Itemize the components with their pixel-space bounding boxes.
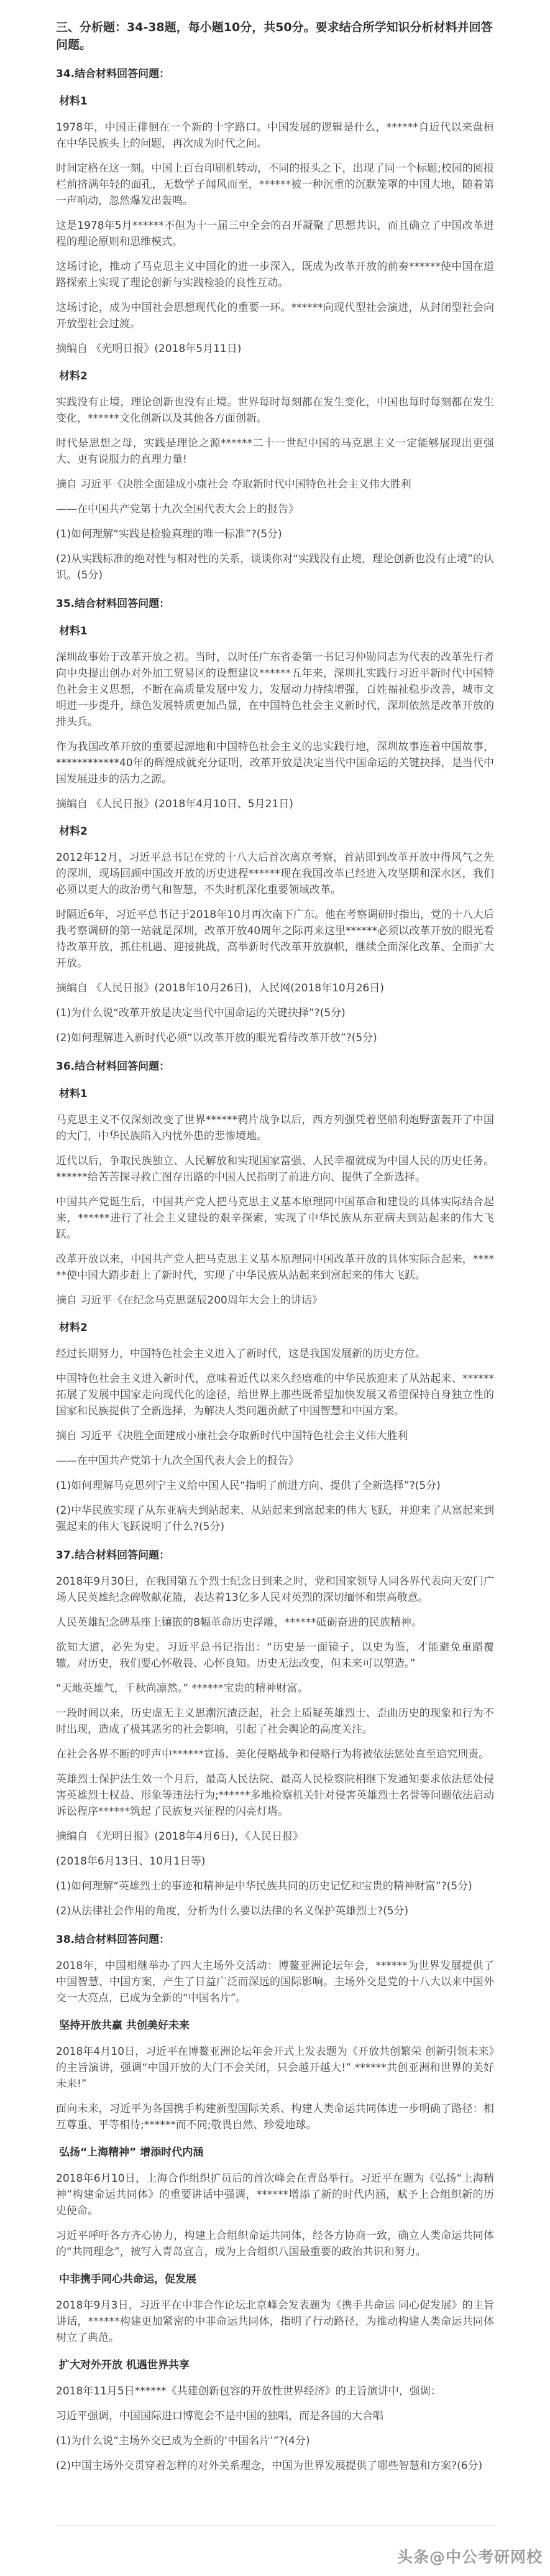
paragraph: 2018年，中国相继举办了四大主场外交活动：博鳌亚洲论坛年会，******为世界… <box>56 1958 494 2006</box>
paragraph: 时隔近6年，习近平总书记于2018年10月再次南下广东。他在考察调研时指出，党的… <box>56 907 494 971</box>
paragraph: 英雄烈士保护法生效一个月后，最高人民法院、最高人民检察院相继下发通知要求依法惩处… <box>56 1771 494 1820</box>
paragraph: 作为我国改革开放的重要起源地和中国特色社会主义的忠实践行地，深圳故事连着中国故事… <box>56 739 494 787</box>
paragraph: (2)从实践标准的绝对性与相对性的关系，谈谈你对“实践没有止境，理论创新也没有止… <box>56 551 494 583</box>
paragraph: (2)中华民族实现了从东亚病夫到站起来、从站起来到富起来的伟大飞跃，并迎来了从富… <box>56 1503 494 1535</box>
paragraph: 摘编自 《光明日报》(2018年4月6日)，《人民日报》 <box>56 1828 494 1845</box>
paragraph: 面向未来，习近平为各国携手构建新型国际关系、构建人类命运共同体进一步明确了路径：… <box>56 2101 494 2133</box>
paragraph: 近代以后，争取民族独立、人民解放和实现国家富强、人民幸福就成为中国人民的历史任务… <box>56 1153 494 1185</box>
paragraph: 欲知大道，必先为史。习近平总书记指出：“历史是一面镜子，以史为鉴，才能避免重蹈覆… <box>56 1639 494 1672</box>
paragraph: (1)如何理解“实践是检验真理的唯一标准”?(5分) <box>56 526 494 542</box>
paragraph: ——在中国共产党第十九次全国代表大会上的报告》 <box>56 1453 494 1469</box>
paragraph: ——在中国共产党第十九次全国代表大会上的报告》 <box>56 501 494 517</box>
paragraph: (2018年6月13日、10月1日等) <box>56 1853 494 1869</box>
material-heading: 材料1 <box>56 93 494 109</box>
paragraph: 摘自 习近平《决胜全面建成小康社会 夺取新时代中国特色社会主义伟大胜利 <box>56 476 494 493</box>
paragraph: 马克思主义不仅深刻改变了世界******鸦片战争以后，西方列强凭着坚船利炮野蛮轰… <box>56 1112 494 1144</box>
paragraph: 这是1978年5月******不但为十一届三中全会的召开凝聚了思想共识，而且确立… <box>56 218 494 250</box>
paragraph: 习近平强调，中国国际进口博览会不是中国的独唱，而是各国的大合唱 <box>56 2408 494 2424</box>
subheading: 中非携手同心共命运，促发展 <box>56 2271 494 2287</box>
divider <box>56 2525 495 2526</box>
paragraph: 摘编自 《人民日报》(2018年4月10日、5月21日) <box>56 796 494 812</box>
material-heading: 材料1 <box>56 1086 494 1102</box>
paragraph: 这场讨论，成为中国社会思想现代化的重要一环。******向现代型社会演进，从封闭… <box>56 300 494 332</box>
material-heading: 材料2 <box>56 368 494 384</box>
paragraph: 深圳故事始于改革开放之初。当时，以时任广东省委第一书记习仲勋同志为代表的改革先行… <box>56 649 494 730</box>
paragraph: (2)从法律社会作用的角度，分析为什么要以法律的名义保护英雄烈士?(5分) <box>56 1903 494 1919</box>
paragraph: 1978年，中国正徘徊在一个新的十字路口。中国发展的逻辑是什么，******自近… <box>56 119 494 152</box>
section-heading: 35.结合材料回答问题： <box>56 596 494 612</box>
paragraph: 中国共产党诞生后，中国共产党人把马克思主义基本原理同中国革命和建设的具体实际结合… <box>56 1194 494 1243</box>
paragraph: 2018年11月5日******《共建创新包容的开放性世界经济》的主旨演讲中，强… <box>56 2383 494 2399</box>
paragraph: 2018年9月3日，习近平在中非合作论坛北京峰会发表题为《携手共命运 同心促发展… <box>56 2297 494 2346</box>
paragraph: (1)如何理解马克思列宁主义给中国人民“指明了前进方向、提供了全新选择”?(5分… <box>56 1478 494 1494</box>
exam-section-title: 三、分析题：34-38题，每小题10分，共50分。要求结合所学知识分析材料并回答… <box>56 19 494 53</box>
paragraph: (1)为什么说“改革开放是决定当代中国命运的关键抉择”?(5分) <box>56 1005 494 1021</box>
paragraph: (1)为什么说“主场外交已成为全新的‘中国名片’”?(4分) <box>56 2433 494 2449</box>
material-heading: 材料1 <box>56 623 494 639</box>
paragraph: 时代是思想之母，实践是理论之源******二十一世纪中国的马克思主义一定能够展现… <box>56 435 494 468</box>
paragraph: (1)如何理解“英雄烈士的事迹和精神是中华民族共同的历史记忆和宝贵的精神财富”?… <box>56 1878 494 1894</box>
paragraph: 实践没有止境，理论创新也没有止境。世界每时每刻都在发生变化，中国也每时每刻都在发… <box>56 394 494 427</box>
section-heading: 37.结合材料回答问题： <box>56 1547 494 1564</box>
paragraph: 2018年9月30日，在我国第五个烈士纪念日到来之时，党和国家领导人同各界代表向… <box>56 1573 494 1606</box>
paragraph: 时间定格在这一刻。中国上百台印刷机转动，不同的报头之下，出现了同一个标题;校园的… <box>56 160 494 209</box>
document-page: 三、分析题：34-38题，每小题10分，共50分。要求结合所学知识分析材料并回答… <box>0 0 550 2576</box>
watermark-text: 头条@中公考研网校 <box>397 2545 543 2567</box>
paragraph: 摘编自 《人民日报》(2018年10月26日)，人民网(2018年10月26日) <box>56 980 494 996</box>
paragraph: 习近平呼吁各方齐心协力，构建上合组织命运共同体，经各方协商一致，确立人类命运共同… <box>56 2228 494 2260</box>
paragraph: 摘自 习近平《决胜全面建成小康社会夺取新时代中国特色社会主义伟大胜利 <box>56 1428 494 1444</box>
material-heading: 材料2 <box>56 823 494 840</box>
paragraph: (2)中国主场外交贯穿着怎样的对外关系理念，中国为世界发展提供了哪些智慧和方案?… <box>56 2458 494 2474</box>
subheading: 坚持开放共赢 共创美好未来 <box>56 2018 494 2034</box>
section-heading: 38.结合材料回答问题： <box>56 1932 494 1948</box>
paragraph: 2018年4月10日，习近平在博鳌亚洲论坛年会开式上发表题为《开放共创繁荣 创新… <box>56 2044 494 2092</box>
paragraph: “天地英雄气，千秋尚凛然。” ******宝贵的精神财富。 <box>56 1680 494 1697</box>
paragraph: 摘编自 《光明日报》(2018年5月11日) <box>56 341 494 357</box>
paragraph: 经过长期努力，中国特色社会主义进入了新时代，这是我国发展新的历史方位。 <box>56 1346 494 1362</box>
subheading: 扩大对外开放 机遇世界共享 <box>56 2357 494 2373</box>
paragraph: 这场讨论，推动了马克思主义中国化的进一步深入，既成为改革开放的前奏******使… <box>56 259 494 291</box>
exam-document: 三、分析题：34-38题，每小题10分，共50分。要求结合所学知识分析材料并回答… <box>0 0 550 2576</box>
paragraph: 在社会各界不断的呼声中******宣扬、美化侵略战争和侵略行为将被依法惩处直至追… <box>56 1746 494 1763</box>
paragraph: 改革开放以来，中国共产党人把马克思主义基本原理同中国改革开放的具体实际合起来，*… <box>56 1251 494 1284</box>
paragraph: 中国特色社会主义进入新时代，意味着近代以来久经磨难的中华民族迎来了从站起来、**… <box>56 1371 494 1419</box>
paragraph: (2)如何理解进入新时代必须“以改革开放的眼光看待改革开放”?(5分) <box>56 1030 494 1046</box>
paragraph: 2018年6月10日，上海合作组织扩员后的首次峰会在青岛举行。习近平在题为《弘扬… <box>56 2171 494 2219</box>
material-heading: 材料2 <box>56 1320 494 1336</box>
paragraph: 2012年12月，习近平总书记在党的十八大后首次离京考察，首站即到改革开放中得风… <box>56 850 494 898</box>
section-heading: 36.结合材料回答问题： <box>56 1059 494 1075</box>
subheading: 弘扬“上海精神” 增添时代内涵 <box>56 2144 494 2161</box>
paragraph: 摘自 习近平《在纪念马克思诞辰200周年大会上的讲话》 <box>56 1292 494 1309</box>
document-blocks: 34.结合材料回答问题：材料11978年，中国正徘徊在一个新的十字路口。中国发展… <box>56 66 494 2474</box>
paragraph: 人民英雄纪念碑基座上镶嵌的8幅革命历史浮雕，******砥砺奋进的民族精神。 <box>56 1615 494 1631</box>
paragraph: 一段时间以来，历史虚无主义思潮沉渣泛起，社会上质疑英雄烈士、歪曲历史的现象和行为… <box>56 1705 494 1738</box>
section-heading: 34.结合材料回答问题： <box>56 66 494 82</box>
